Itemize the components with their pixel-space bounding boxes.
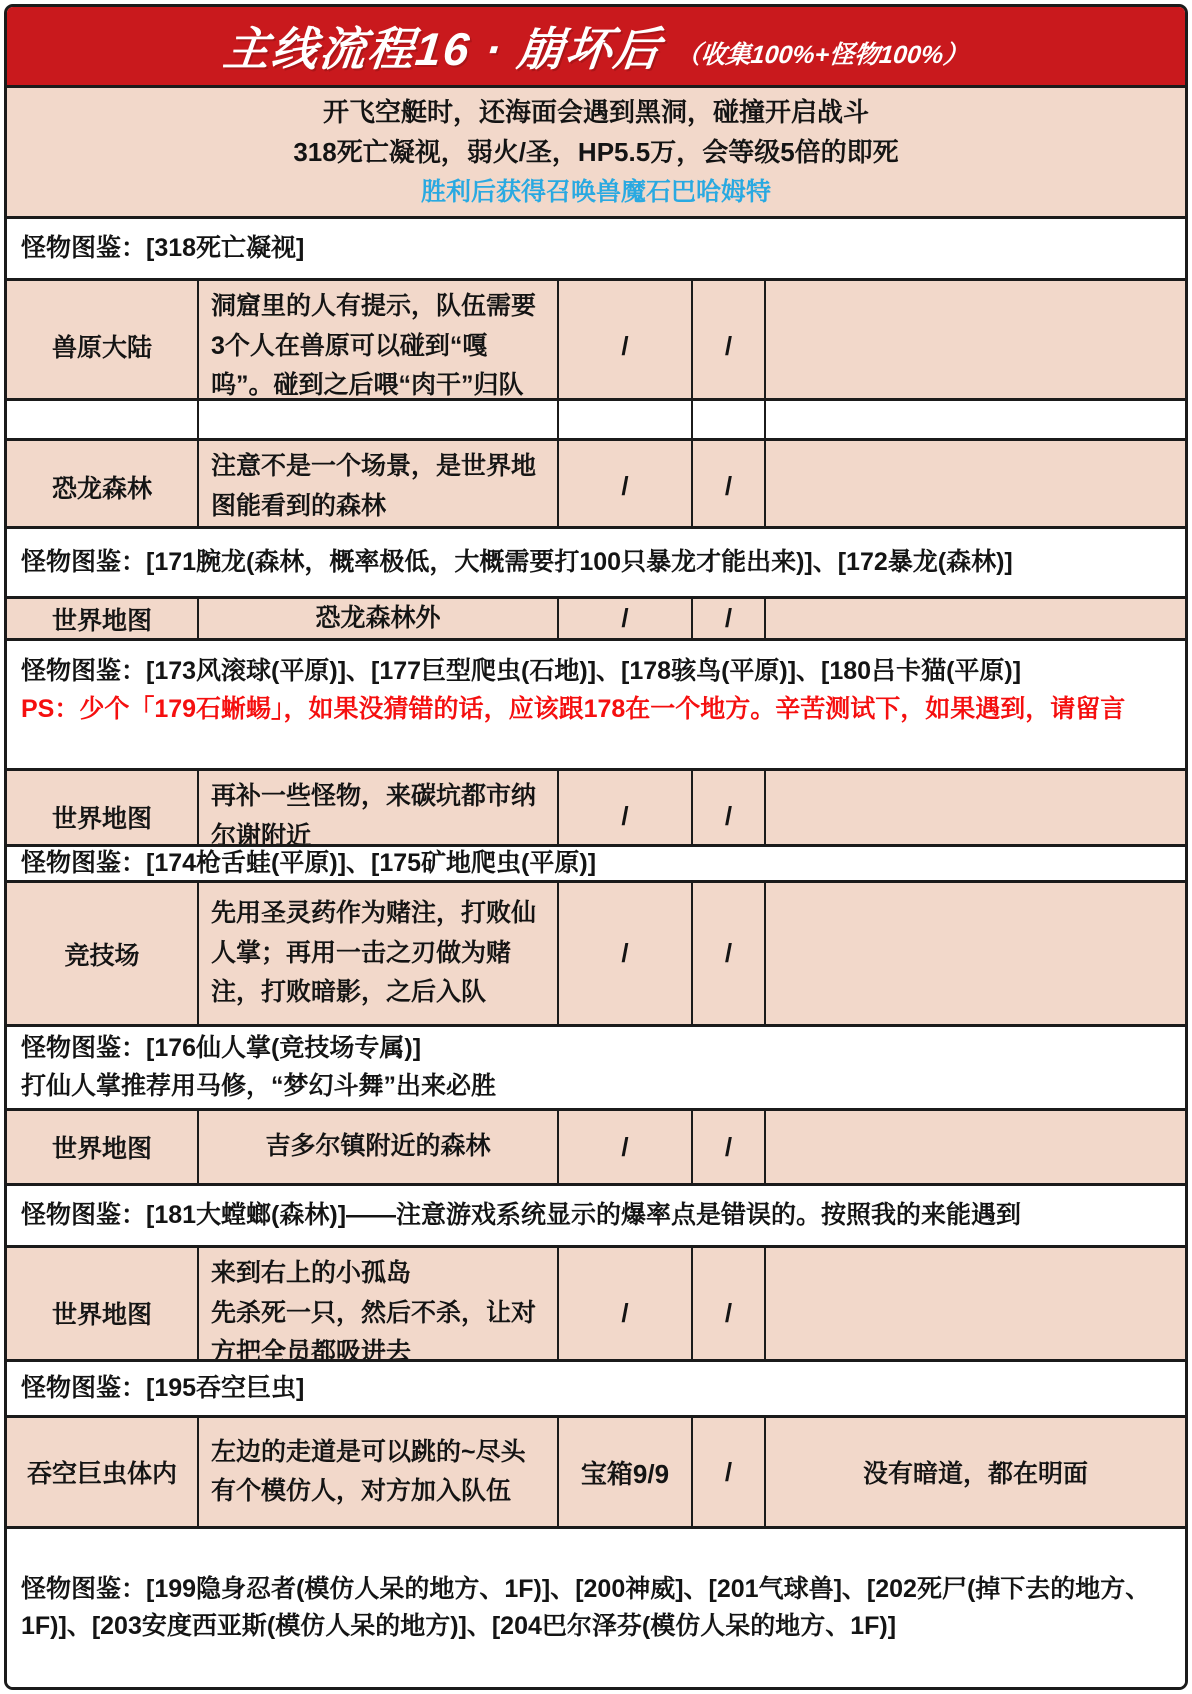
table-row-world-map-narshe: 世界地图 再补一些怪物，来碳坑都市纳尔谢附近 / / [7,768,1185,844]
col3-cell: / [559,599,693,639]
bestiary-note-174: 怪物图鉴：[174枪舌蛙(平原)]、[175矿地爬虫(平原)] [7,844,1185,880]
bestiary-note-text: 怪物图鉴：[174枪舌蛙(平原)]、[175矿地爬虫(平原)] [21,845,1171,883]
bestiary-note-text: 怪物图鉴：[195吞空巨虫] [21,1370,1171,1408]
desc-cell [199,401,559,438]
treasure-cell: 宝箱9/9 [559,1418,693,1526]
extra-cell: 没有暗道，都在明面 [766,1418,1185,1526]
bestiary-note-text: 怪物图鉴：[181大螳螂(森林)]——注意游戏系统显示的爆率点是错误的。按照我的… [21,1197,1171,1235]
bestiary-note-199: 怪物图鉴：[199隐身忍者(模仿人呆的地方、1F)]、[200神威]、[201气… [7,1526,1185,1687]
table-row-world-map-zozo: 世界地图 吉多尔镇附近的森林 / / [7,1108,1185,1183]
table-row-world-map-dino: 世界地图 恐龙森林外 / / [7,596,1185,638]
col4-cell: / [693,883,766,1024]
bestiary-note-195: 怪物图鉴：[195吞空巨虫] [7,1359,1185,1415]
intro-panel: 开飞空艇时，还海面会遇到黑洞，碰撞开启战斗 318死亡凝视，弱火/圣，HP5.5… [7,85,1185,216]
col5-cell [766,441,1185,532]
bestiary-note-text: 怪物图鉴：[318死亡凝视] [21,230,1171,268]
col5-cell [766,281,1185,412]
bestiary-note-text: 怪物图鉴：[173风滚球(平原)]、[177巨型爬虫(石地)]、[178骇鸟(平… [21,653,1171,691]
table-row-empty [7,398,1185,438]
col4-cell: / [693,1418,766,1526]
page-header: 主线流程16 · 崩坏后 （收集100%+怪物100%） [7,7,1185,85]
table-row-dino-forest: 恐龙森林 注意不是一个场景，是世界地图能看到的森林 / / [7,438,1185,526]
desc-cell: 洞窟里的人有提示，队伍需要3个人在兽原可以碰到“嘎呜”。碰到之后喂“肉干”归队 [199,281,559,412]
location-cell: 兽原大陆 [7,281,199,412]
desc-cell: 吉多尔镇附近的森林 [199,1111,559,1183]
col4-cell: / [693,281,766,412]
desc-cell: 先用圣灵药作为赌注，打败仙人掌；再用一击之刃做为赌注，打败暗影，之后入队 [199,883,559,1024]
bestiary-note-text: 怪物图鉴：[176仙人掌(竞技场专属)] [21,1030,1171,1068]
col3-cell: / [559,441,693,532]
bestiary-note-text: 怪物图鉴：[171腕龙(森林，概率极低，大概需要打100只暴龙才能出来)]、[1… [21,544,1171,582]
page-subtitle: （收集100%+怪物100%） [674,35,970,71]
bestiary-note-tip: 打仙人掌推荐用马修，“梦幻斗舞”出来必胜 [21,1068,1171,1106]
bestiary-note-173: 怪物图鉴：[173风滚球(平原)]、[177巨型爬虫(石地)]、[178骇鸟(平… [7,638,1185,768]
col3-cell: / [559,883,693,1024]
bestiary-note-176: 怪物图鉴：[176仙人掌(竞技场专属)] 打仙人掌推荐用马修，“梦幻斗舞”出来必… [7,1024,1185,1108]
bestiary-note-ps: PS：少个「179石蜥蜴」，如果没猜错的话，应该跟178在一个地方。辛苦测试下，… [21,691,1171,729]
location-cell: 世界地图 [7,599,199,639]
bestiary-note-text: 怪物图鉴：[199隐身忍者(模仿人呆的地方、1F)]、[200神威]、[201气… [21,1571,1171,1646]
location-cell [7,401,199,438]
col5-cell [766,599,1185,639]
desc-cell: 注意不是一个场景，是世界地图能看到的森林 [199,441,559,532]
desc-cell: 左边的走道是可以跳的~尽头有个模仿人，对方加入队伍 [199,1418,559,1526]
desc-cell: 恐龙森林外 [199,599,559,639]
table-row-world-map-island: 世界地图 来到右上的小孤岛 先杀死一只，然后不杀，让对方把全员都吸进去 / / [7,1245,1185,1359]
bestiary-note-171: 怪物图鉴：[171腕龙(森林，概率极低，大概需要打100只暴龙才能出来)]、[1… [7,526,1185,596]
table-row-beast-plains: 兽原大陆 洞窟里的人有提示，队伍需要3个人在兽原可以碰到“嘎呜”。碰到之后喂“肉… [7,278,1185,398]
col5-cell [766,401,1185,438]
guide-sheet: 主线流程16 · 崩坏后 （收集100%+怪物100%） 开飞空艇时，还海面会遇… [4,4,1188,1690]
location-cell: 恐龙森林 [7,441,199,532]
col4-cell: / [693,1111,766,1183]
location-cell: 竞技场 [7,883,199,1024]
col5-cell [766,1111,1185,1183]
col3-cell [559,401,693,438]
table-row-colosseum: 竞技场 先用圣灵药作为赌注，打败仙人掌；再用一击之刃做为赌注，打败暗影，之后入队… [7,880,1185,1024]
location-cell: 世界地图 [7,1111,199,1183]
col4-cell: / [693,441,766,532]
intro-line-1: 开飞空艇时，还海面会遇到黑洞，碰撞开启战斗 [323,97,869,128]
page-title: 主线流程16 · 崩坏后 [220,13,665,79]
bestiary-note-181: 怪物图鉴：[181大螳螂(森林)]——注意游戏系统显示的爆率点是错误的。按照我的… [7,1183,1185,1245]
bestiary-note-318: 怪物图鉴：[318死亡凝视] [7,216,1185,278]
col3-cell: / [559,281,693,412]
table-row-zone-eater: 吞空巨虫体内 左边的走道是可以跳的~尽头有个模仿人，对方加入队伍 宝箱9/9 /… [7,1415,1185,1526]
col4-cell [693,401,766,438]
col4-cell: / [693,599,766,639]
col5-cell [766,883,1185,1024]
col3-cell: / [559,1111,693,1183]
intro-line-reward: 胜利后获得召唤兽魔石巴哈姆特 [421,177,771,207]
location-cell: 吞空巨虫体内 [7,1418,199,1526]
intro-line-2: 318死亡凝视，弱火/圣，HP5.5万，会等级5倍的即死 [293,137,898,168]
